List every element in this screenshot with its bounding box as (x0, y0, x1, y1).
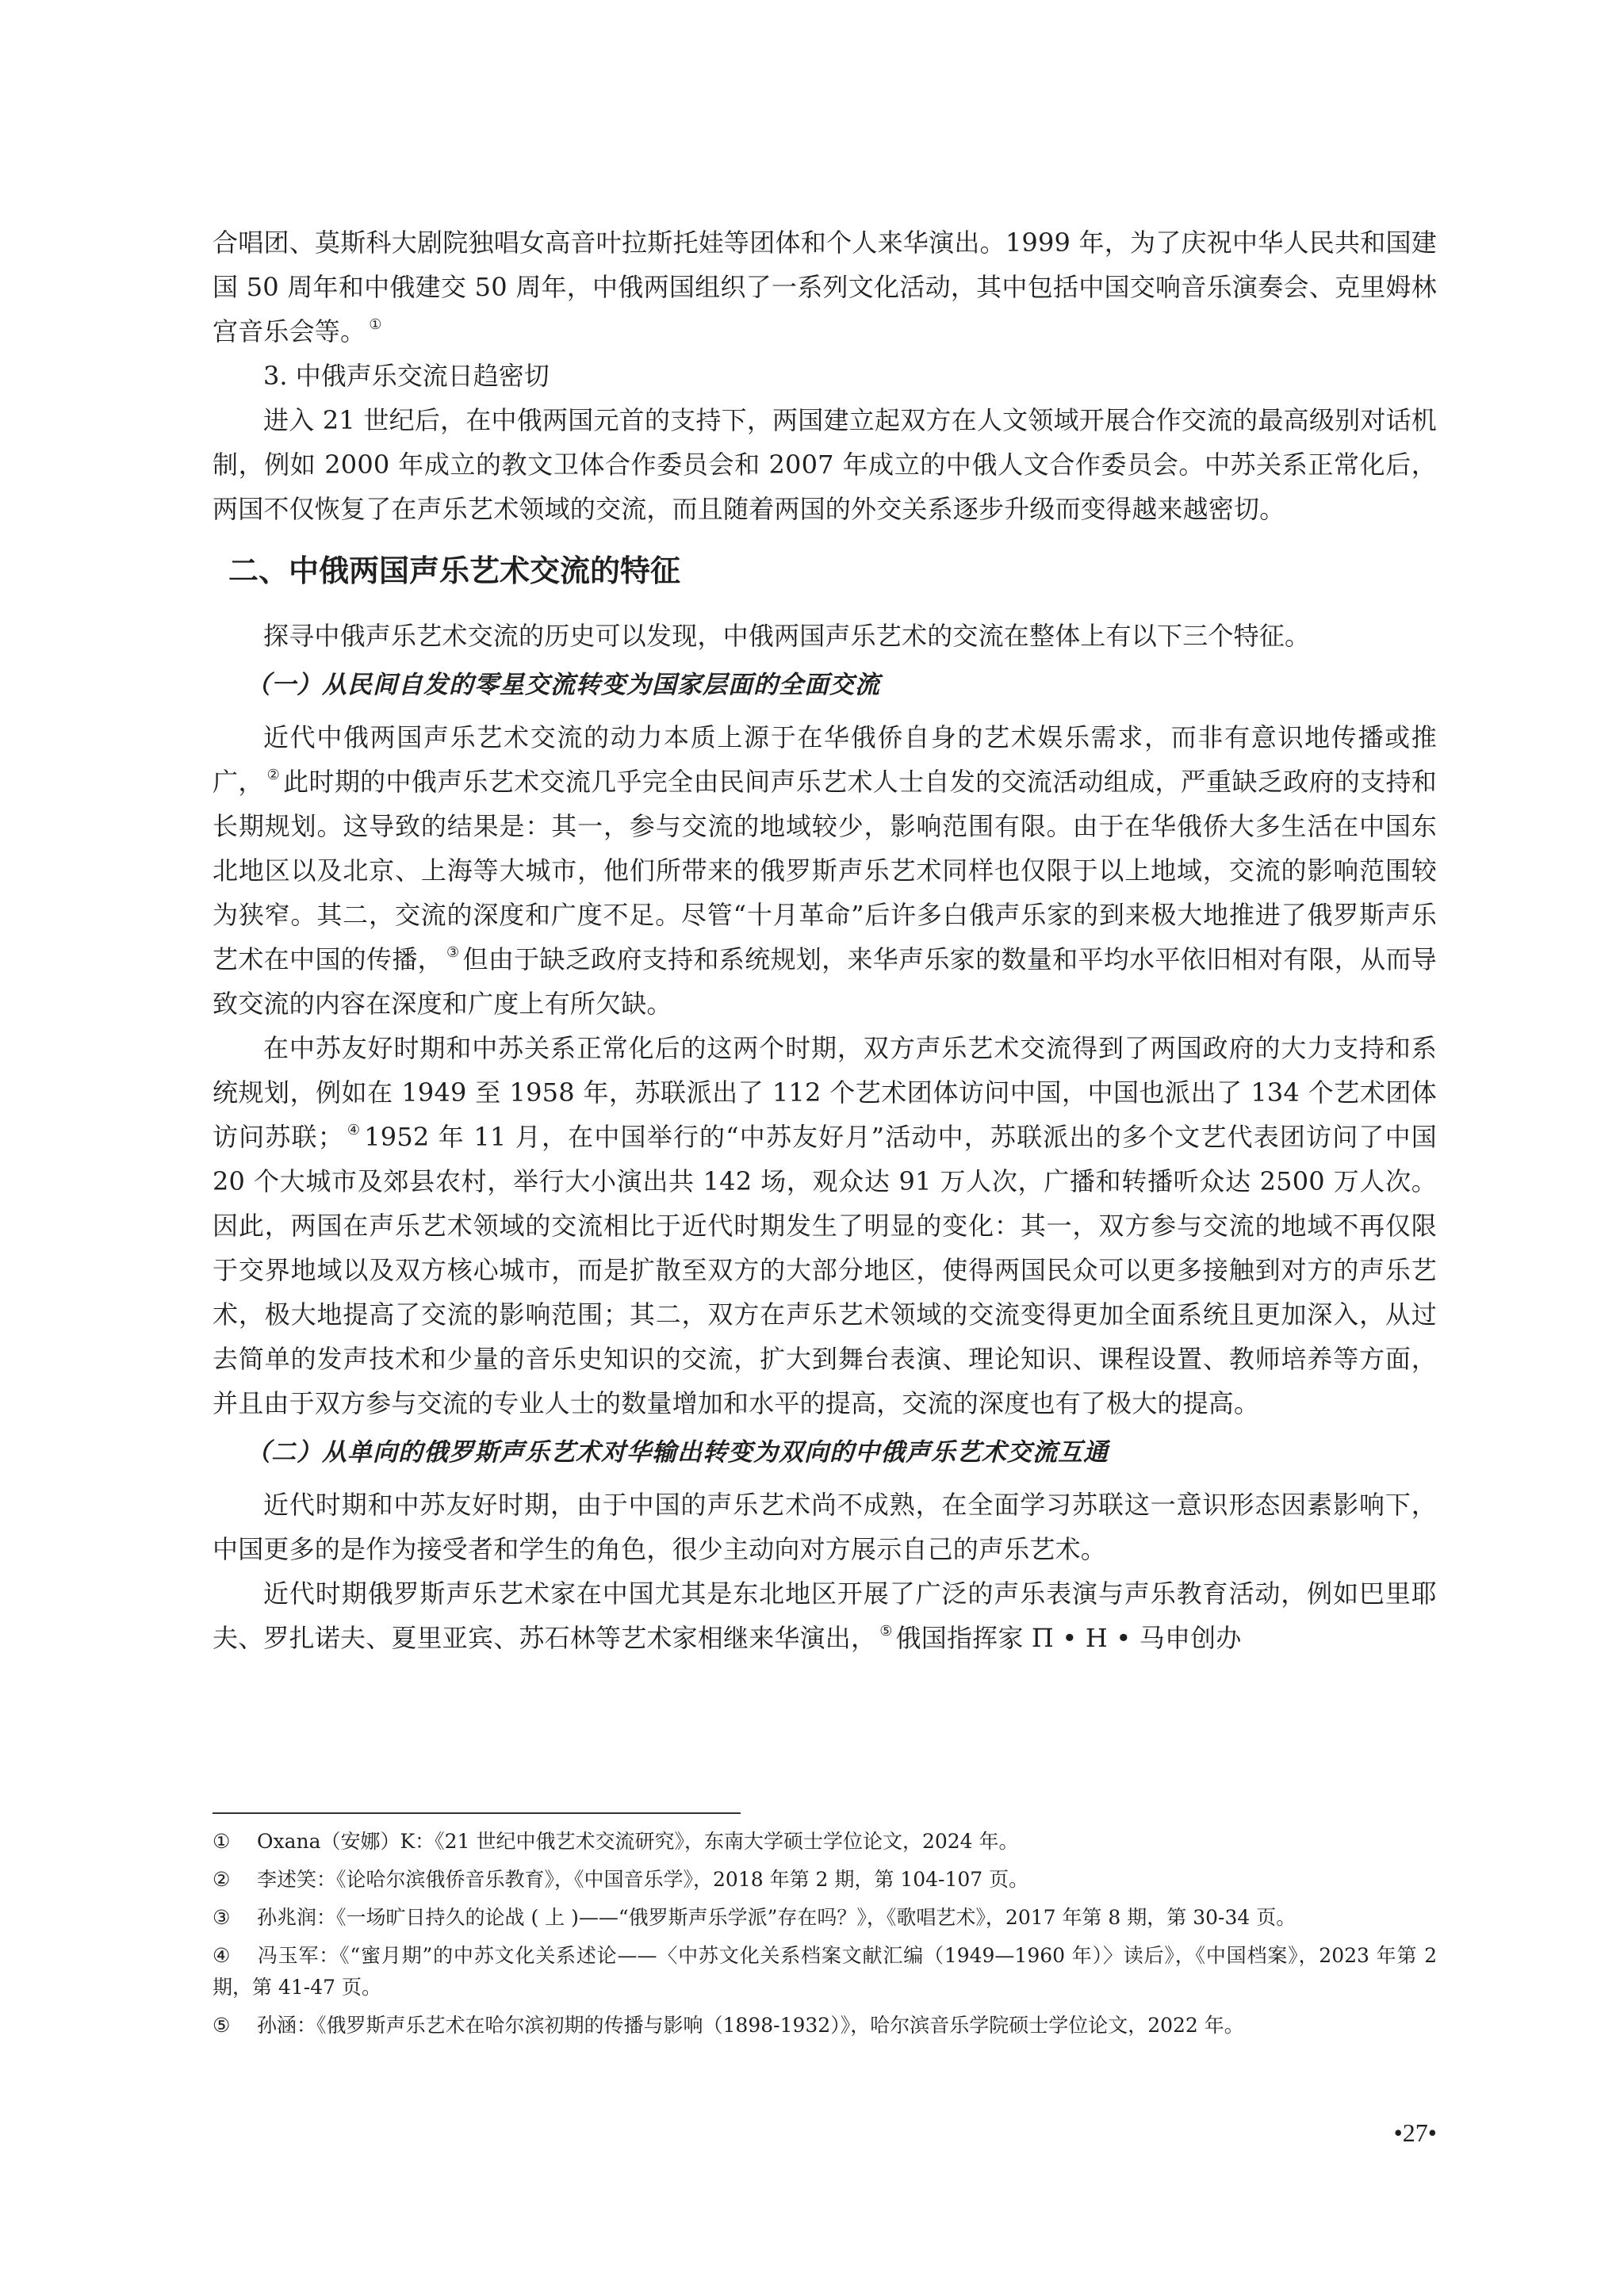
footnote-ref-3[interactable]: ③ (446, 944, 459, 961)
paragraph-text: 合唱团、莫斯科大剧院独唱女高音叶拉斯托娃等团体和个人来华演出。1999 年，为了… (213, 228, 1437, 346)
section-heading: 二、中俄两国声乐艺术交流的特征 (213, 555, 1437, 587)
footnote-ref-1[interactable]: ① (369, 316, 381, 333)
footnote-5: ⑤孙涵：《俄罗斯声乐艺术在哈尔滨初期的传播与影响（1898-1932）》，哈尔滨… (213, 2010, 1437, 2042)
footnote-divider (213, 1812, 741, 1814)
paragraph-sub2-a: 近代时期和中苏友好时期，由于中国的声乐艺术尚不成熟，在全面学习苏联这一意识形态因… (213, 1483, 1437, 1571)
paragraph-continued: 合唱团、莫斯科大剧院独唱女高音叶拉斯托娃等团体和个人来华演出。1999 年，为了… (213, 220, 1437, 354)
footnote-4: ④冯玉军：《“蜜月期”的中苏文化关系述论——〈中苏文化关系档案文献汇编（1949… (213, 1940, 1437, 2003)
paragraph-21st-century: 进入 21 世纪后，在中俄两国元首的支持下，两国建立起双方在人文领域开展合作交流… (213, 398, 1437, 531)
paragraph-text: 近代时期俄罗斯声乐艺术家在中国尤其是东北地区开展了广泛的声乐表演与声乐教育活动，… (213, 1578, 1437, 1653)
paragraph-sub1-a: 近代中俄两国声乐艺术交流的动力本质上源于在华俄侨自身的艺术娱乐需求，而非有意识地… (213, 715, 1437, 1026)
footnote-ref-5[interactable]: ⑤ (879, 1623, 892, 1640)
paragraph-intro: 探寻中俄声乐艺术交流的历史可以发现，中俄两国声乐艺术的交流在整体上有以下三个特征… (213, 614, 1437, 658)
paragraph-text: 1952 年 11 月，在中国举行的“中苏友好月”活动中，苏联派出的多个文艺代表… (213, 1122, 1437, 1418)
footnotes: ①Oxana（安娜）K：《21 世纪中俄艺术交流研究》，东南大学硕士学位论文，2… (213, 1826, 1437, 2048)
footnote-text: 孙兆润：《一场旷日持久的论战 ( 上 )——“俄罗斯声乐学派”存在吗？》，《歌唱… (257, 1906, 1296, 1929)
footnote-ref-2[interactable]: ② (267, 767, 280, 783)
footnote-3: ③孙兆润：《一场旷日持久的论战 ( 上 )——“俄罗斯声乐学派”存在吗？》，《歌… (213, 1902, 1437, 1934)
subsection-heading-3: 3. 中俄声乐交流日趋密切 (213, 354, 1437, 398)
paragraph-sub2-b: 近代时期俄罗斯声乐艺术家在中国尤其是东北地区开展了广泛的声乐表演与声乐教育活动，… (213, 1571, 1437, 1660)
footnote-mark: ④ (213, 1940, 257, 1972)
footnote-text: 孙涵：《俄罗斯声乐艺术在哈尔滨初期的传播与影响（1898-1932）》，哈尔滨音… (257, 2014, 1244, 2037)
paragraph-sub1-b: 在中苏友好时期和中苏关系正常化后的这两个时期，双方声乐艺术交流得到了两国政府的大… (213, 1026, 1437, 1425)
subsection-heading-2: （二）从单向的俄罗斯声乐艺术对华输出转变为双向的中俄声乐艺术交流互通 (213, 1430, 1437, 1475)
footnote-mark: ⑤ (213, 2010, 257, 2042)
footnote-1: ①Oxana（安娜）K：《21 世纪中俄艺术交流研究》，东南大学硕士学位论文，2… (213, 1826, 1437, 1858)
footnote-text: 李述笑：《论哈尔滨俄侨音乐教育》，《中国音乐学》，2018 年第 2 期，第 1… (257, 1868, 1028, 1891)
page-number: •27• (1394, 2118, 1437, 2148)
footnote-ref-4[interactable]: ④ (347, 1122, 361, 1138)
footnote-text: Oxana（安娜）K：《21 世纪中俄艺术交流研究》，东南大学硕士学位论文，20… (257, 1830, 1019, 1853)
footnote-mark: ③ (213, 1902, 257, 1934)
page-body: 合唱团、莫斯科大剧院独唱女高音叶拉斯托娃等团体和个人来华演出。1999 年，为了… (213, 220, 1437, 1660)
paragraph-text: 俄国指挥家 П • Н • 马申创办 (896, 1623, 1242, 1653)
footnote-mark: ② (213, 1864, 257, 1896)
footnote-text: 冯玉军：《“蜜月期”的中苏文化关系述论——〈中苏文化关系档案文献汇编（1949—… (213, 1944, 1437, 1999)
subsection-heading-1: （一）从民间自发的零星交流转变为国家层面的全面交流 (213, 663, 1437, 707)
footnote-mark: ① (213, 1826, 257, 1858)
paragraph-text: 此时期的中俄声乐艺术交流几乎完全由民间声乐艺术人士自发的交流活动组成，严重缺乏政… (213, 767, 1437, 974)
footnote-2: ②李述笑：《论哈尔滨俄侨音乐教育》，《中国音乐学》，2018 年第 2 期，第 … (213, 1864, 1437, 1896)
